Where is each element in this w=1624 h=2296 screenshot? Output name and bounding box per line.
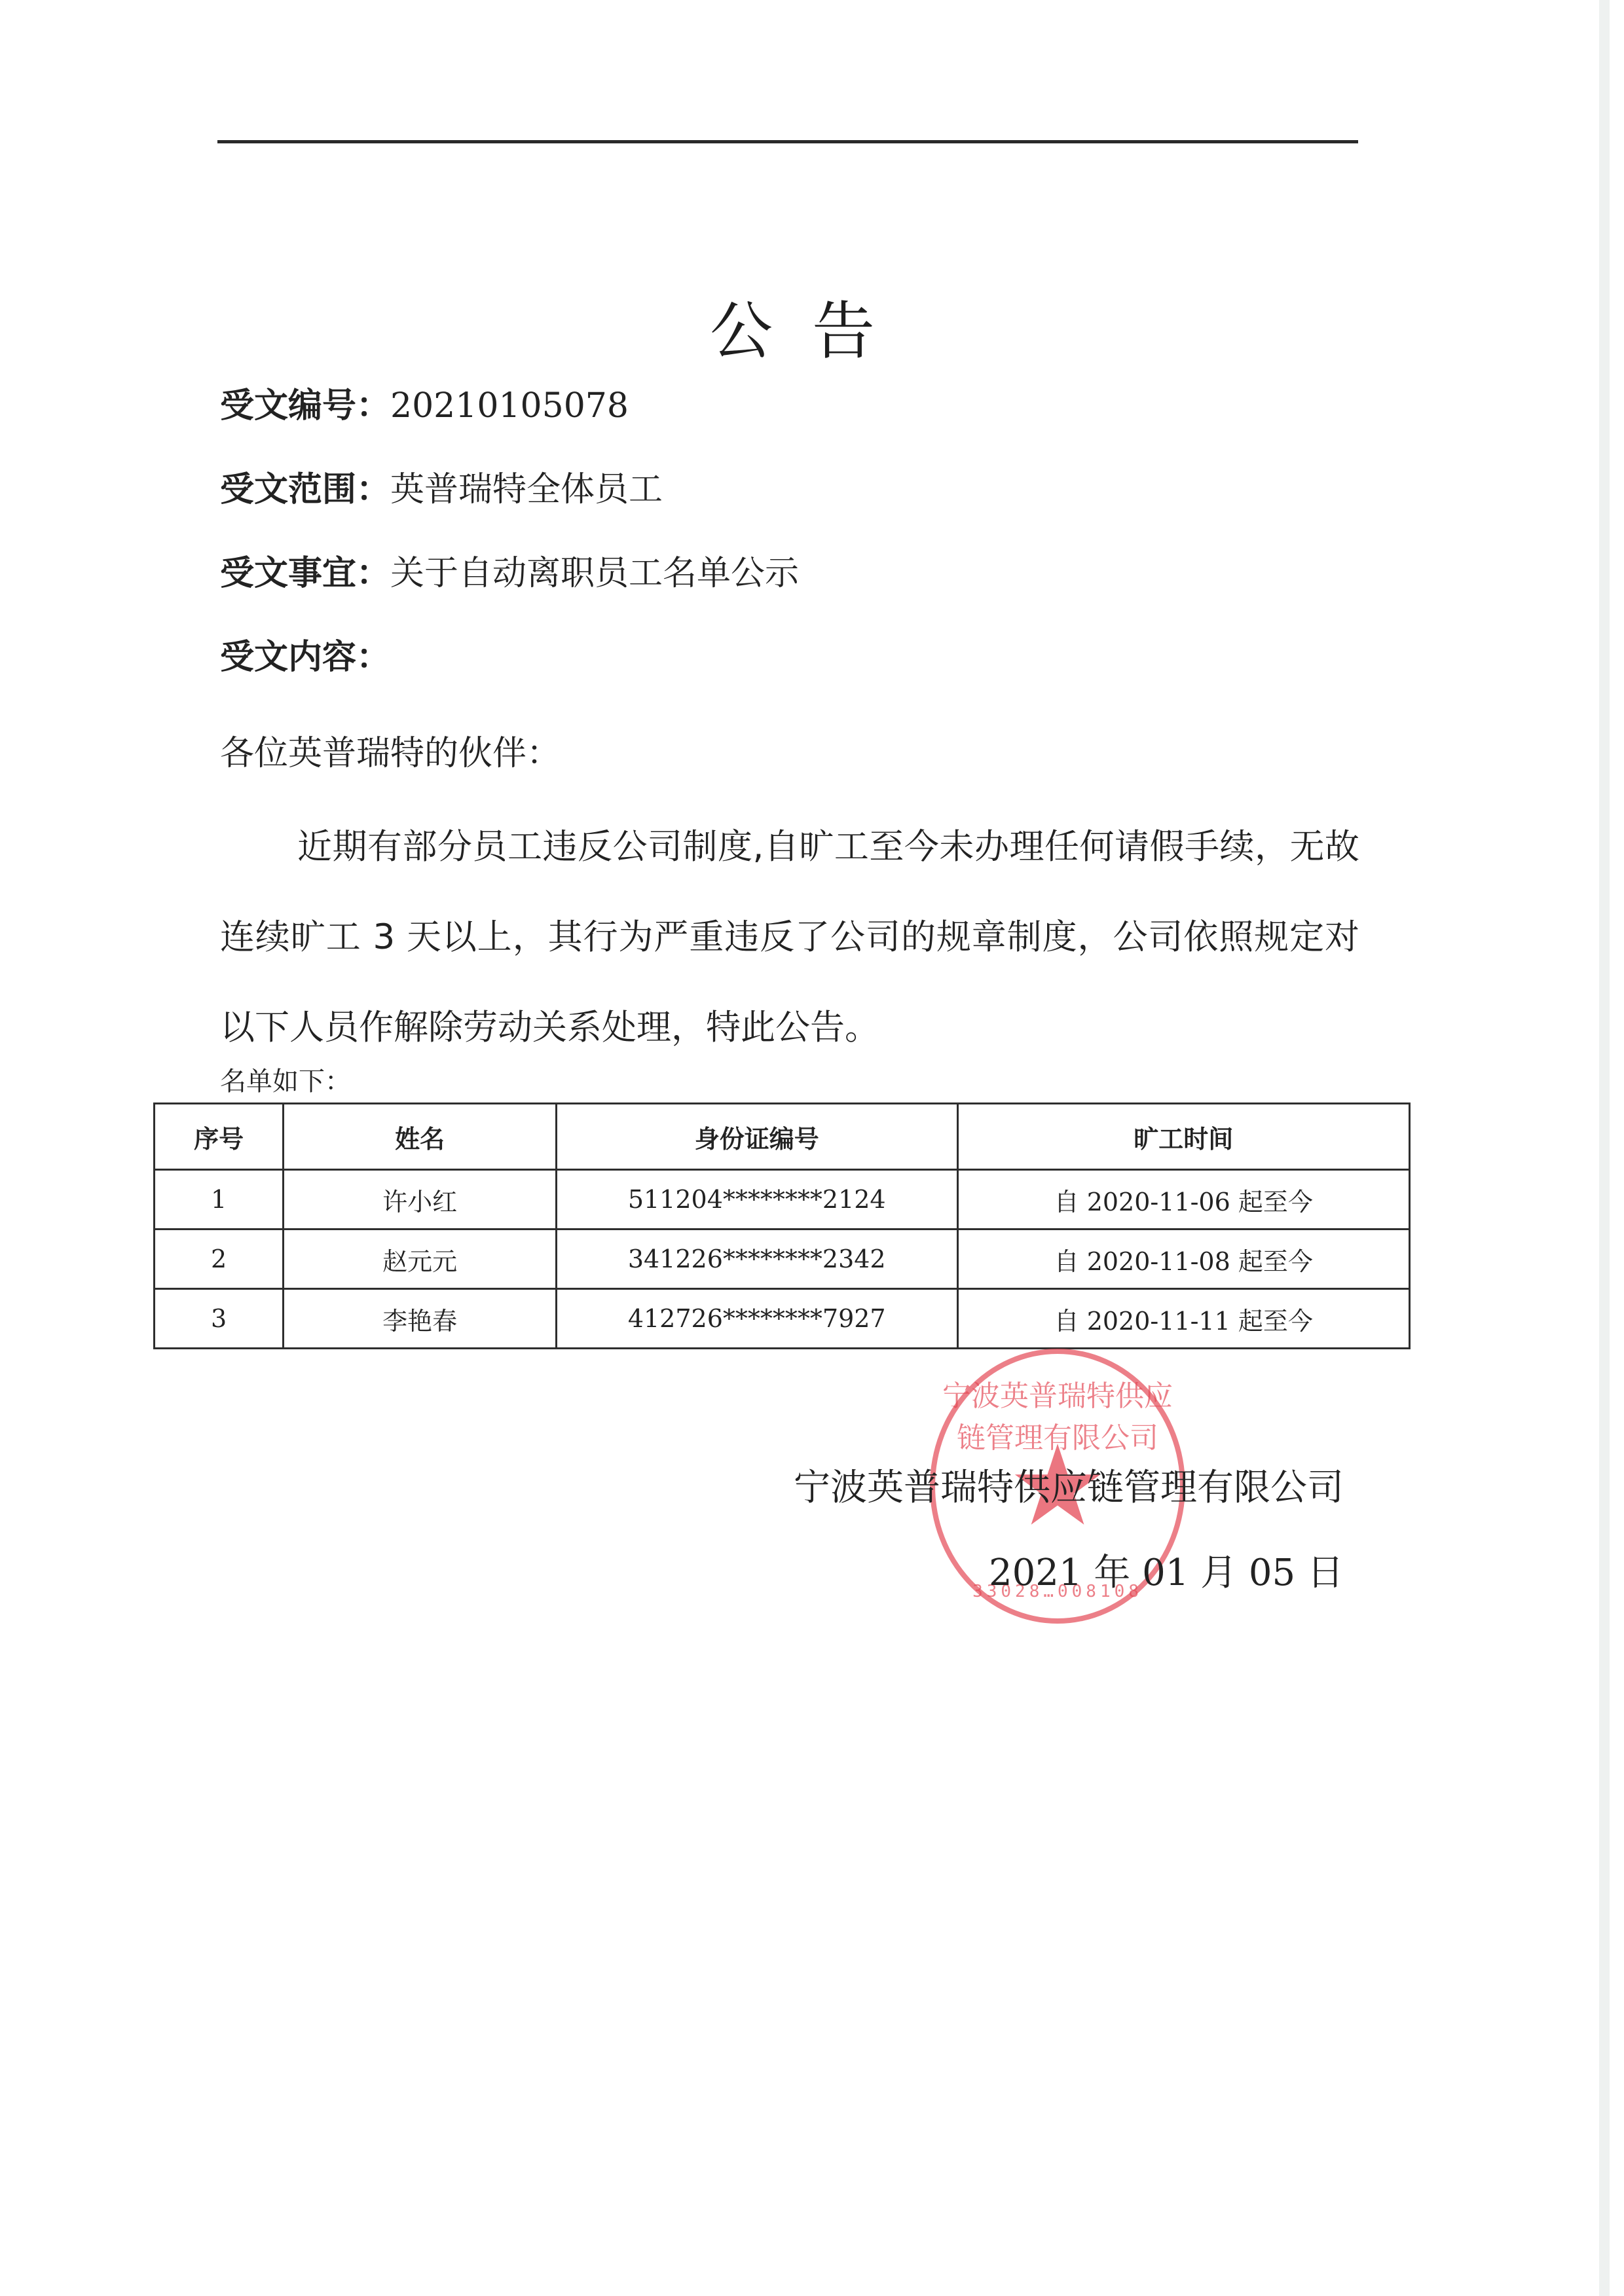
- table-row: 1 许小红 511204********2124 自 2020-11-06 起至…: [155, 1170, 1410, 1230]
- cell-name: 许小红: [284, 1170, 557, 1230]
- field-label: 受文范围：: [220, 470, 390, 509]
- dismissal-table: 序号 姓名 身份证编号 旷工时间 1 许小红 511204********212…: [153, 1102, 1411, 1349]
- cell-absence-period: 自 2020-11-11 起至今: [957, 1289, 1410, 1349]
- header-id-number: 身份证编号: [556, 1104, 957, 1170]
- header-rule: [217, 140, 1358, 143]
- cell-index: 2: [155, 1230, 284, 1289]
- cell-absence-period: 自 2020-11-08 起至今: [957, 1230, 1410, 1289]
- signature-company: 宁波英普瑞特供应链管理有限公司: [794, 1459, 1344, 1511]
- cell-index: 1: [155, 1170, 284, 1230]
- table-row: 2 赵元元 341226********2342 自 2020-11-08 起至…: [155, 1230, 1410, 1289]
- header-absence-period: 旷工时间: [957, 1104, 1410, 1170]
- signature-date: 2021 年 01 月 05 日: [989, 1544, 1344, 1596]
- cell-name: 李艳春: [284, 1289, 557, 1349]
- field-value: 英普瑞特全体员工: [390, 470, 663, 509]
- cell-name: 赵元元: [284, 1230, 557, 1289]
- field-subject: 受文事宜：关于自动离职员工名单公示: [220, 554, 799, 593]
- field-value: 20210105078: [390, 386, 629, 426]
- cell-id-number: 341226********2342: [556, 1230, 957, 1289]
- field-label: 受文内容：: [220, 638, 390, 677]
- table-row: 3 李艳春 412726********7927 自 2020-11-11 起至…: [155, 1289, 1410, 1349]
- field-doc-number: 受文编号：20210105078: [220, 386, 629, 426]
- header-name: 姓名: [284, 1104, 557, 1170]
- cell-id-number: 412726********7927: [556, 1289, 957, 1349]
- field-label: 受文编号：: [220, 386, 390, 426]
- page-title: 公告: [0, 282, 1624, 371]
- list-label: 名单如下：: [220, 1061, 351, 1098]
- cell-absence-period: 自 2020-11-06 起至今: [957, 1170, 1410, 1230]
- field-label: 受文事宜：: [220, 554, 390, 593]
- field-content: 受文内容：: [220, 638, 390, 677]
- body-paragraph: 近期有部分员工违反公司制度,自旷工至今未办理任何请假手续，无故连续旷工 3 天以…: [220, 802, 1359, 1073]
- header-index: 序号: [155, 1104, 284, 1170]
- cell-index: 3: [155, 1289, 284, 1349]
- cell-id-number: 511204********2124: [556, 1170, 957, 1230]
- field-scope: 受文范围：英普瑞特全体员工: [220, 470, 663, 509]
- table-header-row: 序号 姓名 身份证编号 旷工时间: [155, 1104, 1410, 1170]
- field-value: 关于自动离职员工名单公示: [390, 554, 799, 593]
- greeting: 各位英普瑞特的伙伴：: [220, 725, 561, 774]
